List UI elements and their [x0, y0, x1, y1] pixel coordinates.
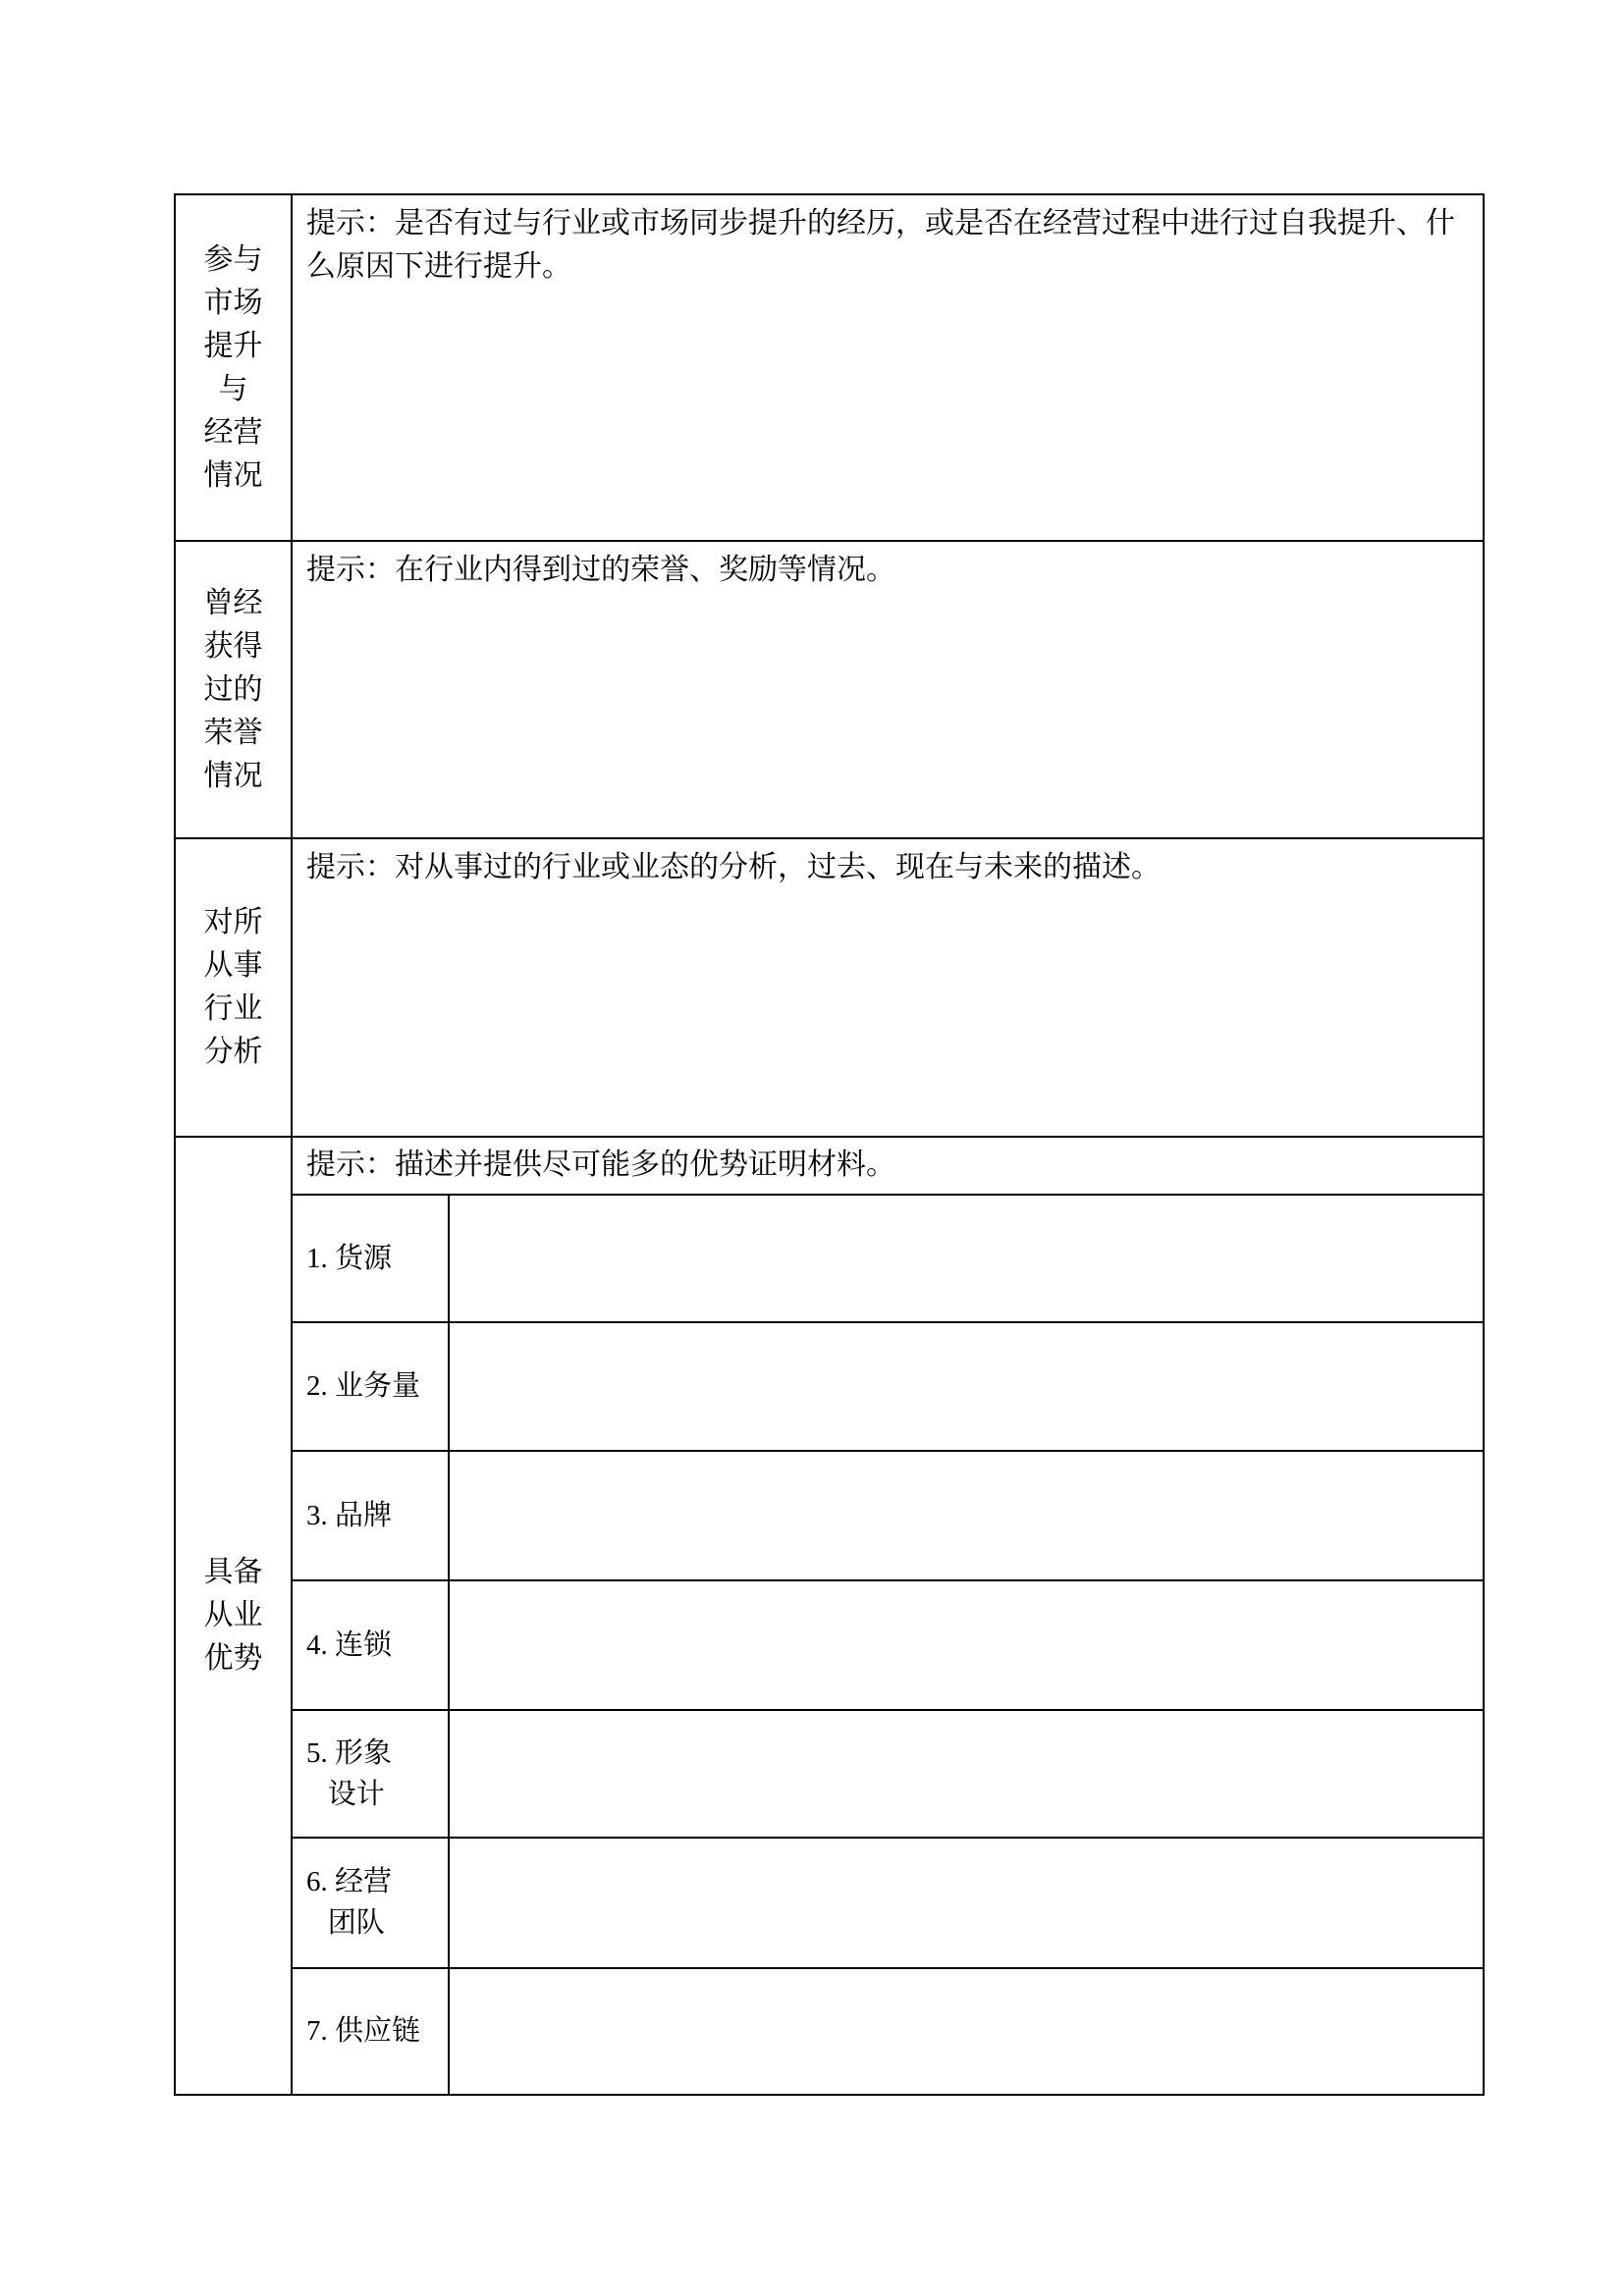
- answer-cell[interactable]: [450, 1196, 1483, 1321]
- advantage-row-volume: 2. 业务量: [293, 1321, 1483, 1449]
- section-label: 曾经 获得 过的 荣誉 情况: [176, 542, 293, 837]
- advantages-subtable: 提示：描述并提供尽可能多的优势证明材料。 1. 货源 2. 业务量 3. 品牌 …: [293, 1138, 1483, 2094]
- section-label: 具备 从业 优势: [176, 1138, 293, 2094]
- advantage-item-label: 4. 连锁: [293, 1581, 450, 1708]
- answer-cell[interactable]: [450, 1581, 1483, 1708]
- form-table: 参与 市场 提升 与 经营 情况 提示：是否有过与行业或市场同步提升的经历，或是…: [174, 193, 1485, 2096]
- advantage-row-management-team: 6. 经营 团队: [293, 1837, 1483, 1966]
- advantage-row-supply-chain: 7. 供应链: [293, 1967, 1483, 2094]
- section-hint: 提示：描述并提供尽可能多的优势证明材料。: [293, 1138, 1483, 1194]
- advantage-row-brand: 3. 品牌: [293, 1450, 1483, 1579]
- section-industry-analysis: 对所 从事 行业 分析 提示：对从事过的行业或业态的分析，过去、现在与未来的描述…: [176, 837, 1483, 1136]
- section-label: 对所 从事 行业 分析: [176, 839, 293, 1136]
- advantage-item-label: 2. 业务量: [293, 1323, 450, 1449]
- advantage-item-label: 5. 形象 设计: [293, 1711, 450, 1837]
- section-hint-and-answer-area[interactable]: 提示：对从事过的行业或业态的分析，过去、现在与未来的描述。: [293, 839, 1483, 1136]
- section-hint-and-answer-area[interactable]: 提示：在行业内得到过的荣誉、奖励等情况。: [293, 542, 1483, 837]
- advantage-row-image-design: 5. 形象 设计: [293, 1709, 1483, 1837]
- section-advantages: 具备 从业 优势 提示：描述并提供尽可能多的优势证明材料。 1. 货源 2. 业…: [176, 1136, 1483, 2094]
- answer-cell[interactable]: [450, 1839, 1483, 1966]
- advantage-item-label: 3. 品牌: [293, 1452, 450, 1579]
- section-label: 参与 市场 提升 与 经营 情况: [176, 195, 293, 540]
- section-market-promotion: 参与 市场 提升 与 经营 情况 提示：是否有过与行业或市场同步提升的经历，或是…: [176, 195, 1483, 540]
- document-page: 参与 市场 提升 与 经营 情况 提示：是否有过与行业或市场同步提升的经历，或是…: [0, 0, 1624, 2296]
- answer-cell[interactable]: [450, 1323, 1483, 1449]
- advantage-item-label: 6. 经营 团队: [293, 1839, 450, 1966]
- answer-cell[interactable]: [450, 1969, 1483, 2094]
- answer-cell[interactable]: [450, 1711, 1483, 1837]
- section-honors: 曾经 获得 过的 荣誉 情况 提示：在行业内得到过的荣誉、奖励等情况。: [176, 540, 1483, 837]
- advantage-row-chain: 4. 连锁: [293, 1579, 1483, 1708]
- advantage-item-label: 1. 货源: [293, 1196, 450, 1321]
- advantage-row-supply: 1. 货源: [293, 1194, 1483, 1321]
- advantage-item-label: 7. 供应链: [293, 1969, 450, 2094]
- answer-cell[interactable]: [450, 1452, 1483, 1579]
- section-hint-and-answer-area[interactable]: 提示：是否有过与行业或市场同步提升的经历，或是否在经营过程中进行过自我提升、什 …: [293, 195, 1483, 540]
